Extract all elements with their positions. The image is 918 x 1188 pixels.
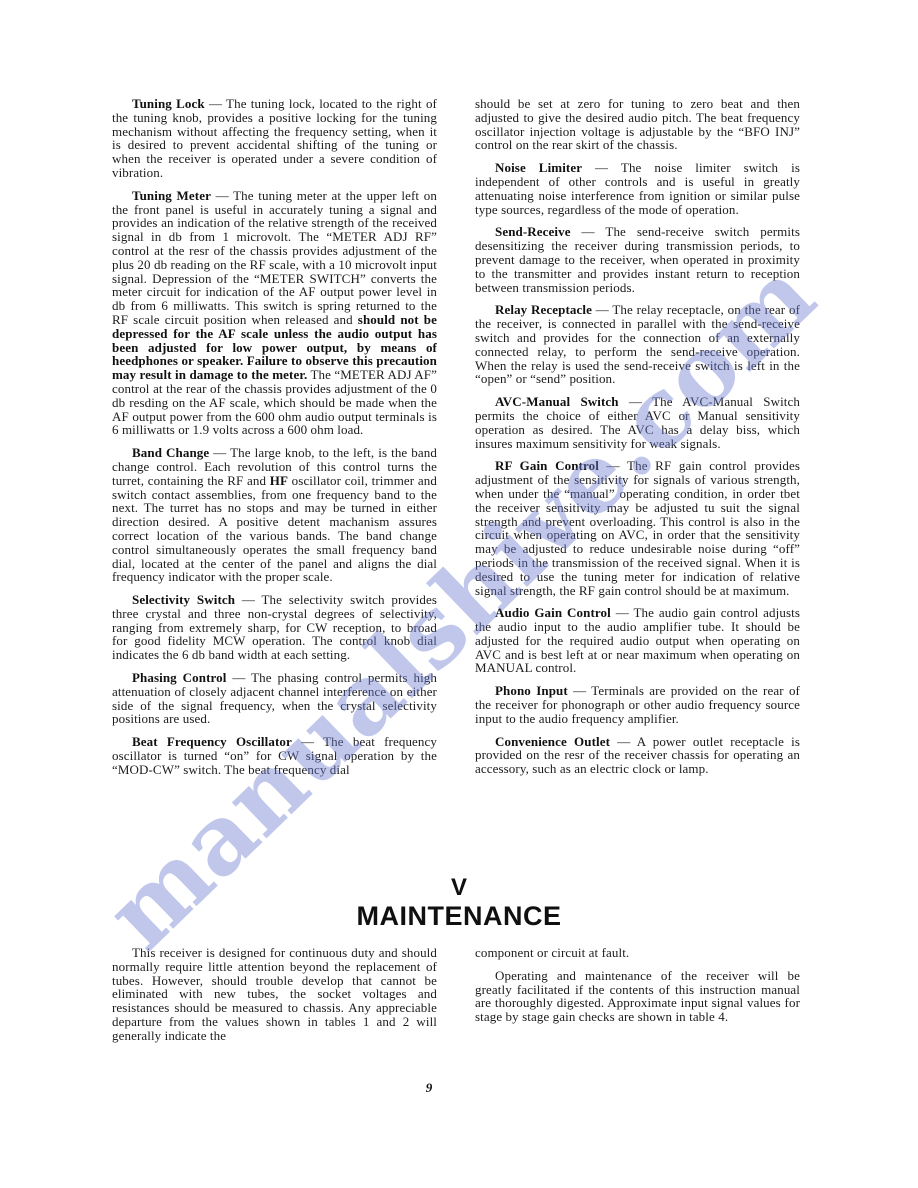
paragraph-lead: Phasing Control (132, 670, 226, 685)
paragraph-lead: RF Gain Control (495, 458, 599, 473)
paragraph: Beat Frequency Oscillator — The beat fre… (112, 735, 437, 776)
operating-controls-section: Tuning Lock — The tuning lock, located t… (112, 97, 800, 786)
paragraph-lead: Noise Limiter (495, 160, 582, 175)
section-numeral: V (0, 874, 918, 902)
operating-right-column: should be set at zero for tuning to zero… (475, 97, 800, 786)
paragraph: AVC-Manual Switch — The AVC-Manual Switc… (475, 395, 800, 450)
paragraph: Tuning Meter — The tuning meter at the u… (112, 189, 437, 437)
manual-page: Tuning Lock — The tuning lock, located t… (0, 0, 918, 1188)
paragraph-lead: Send-Receive (495, 224, 571, 239)
section-title: MAINTENANCE (0, 901, 918, 932)
paragraph: Band Change — The large knob, to the lef… (112, 446, 437, 584)
paragraph: Operating and maintenance of the receive… (475, 969, 800, 1024)
page-number: 9 (404, 1080, 454, 1096)
paragraph-lead: AVC-Manual Switch (495, 394, 619, 409)
paragraph: Phono Input — Terminals are provided on … (475, 684, 800, 725)
paragraph-lead: Convenience Outlet (495, 734, 610, 749)
paragraph: component or circuit at fault. (475, 946, 800, 960)
maintenance-right-column: component or circuit at fault.Operating … (475, 946, 800, 1052)
paragraph-lead: Audio Gain Control (495, 605, 611, 620)
paragraph: Selectivity Switch — The selectivity swi… (112, 593, 437, 662)
paragraph-lead: Tuning Lock (132, 96, 205, 111)
paragraph: RF Gain Control — The RF gain control pr… (475, 459, 800, 597)
paragraph-lead: Beat Frequency Oscillator (132, 734, 292, 749)
maintenance-section: This receiver is designed for continuous… (112, 946, 800, 1052)
maintenance-left-column: This receiver is designed for continuous… (112, 946, 437, 1052)
operating-left-column: Tuning Lock — The tuning lock, located t… (112, 97, 437, 786)
paragraph: Send-Receive — The send-receive switch p… (475, 225, 800, 294)
paragraph-lead: Relay Receptacle (495, 302, 592, 317)
paragraph: Tuning Lock — The tuning lock, located t… (112, 97, 437, 180)
paragraph-lead: Tuning Meter (132, 188, 211, 203)
paragraph: Noise Limiter — The noise limiter switch… (475, 161, 800, 216)
paragraph: Relay Receptacle — The relay receptacle,… (475, 303, 800, 386)
paragraph-lead: Selectivity Switch (132, 592, 235, 607)
paragraph-lead: Band Change (132, 445, 209, 460)
paragraph-lead: Phono Input (495, 683, 568, 698)
paragraph: This receiver is designed for continuous… (112, 946, 437, 1043)
paragraph: should be set at zero for tuning to zero… (475, 97, 800, 152)
paragraph: Convenience Outlet — A power outlet rece… (475, 735, 800, 776)
paragraph: Phasing Control — The phasing control pe… (112, 671, 437, 726)
paragraph: Audio Gain Control — The audio gain cont… (475, 606, 800, 675)
